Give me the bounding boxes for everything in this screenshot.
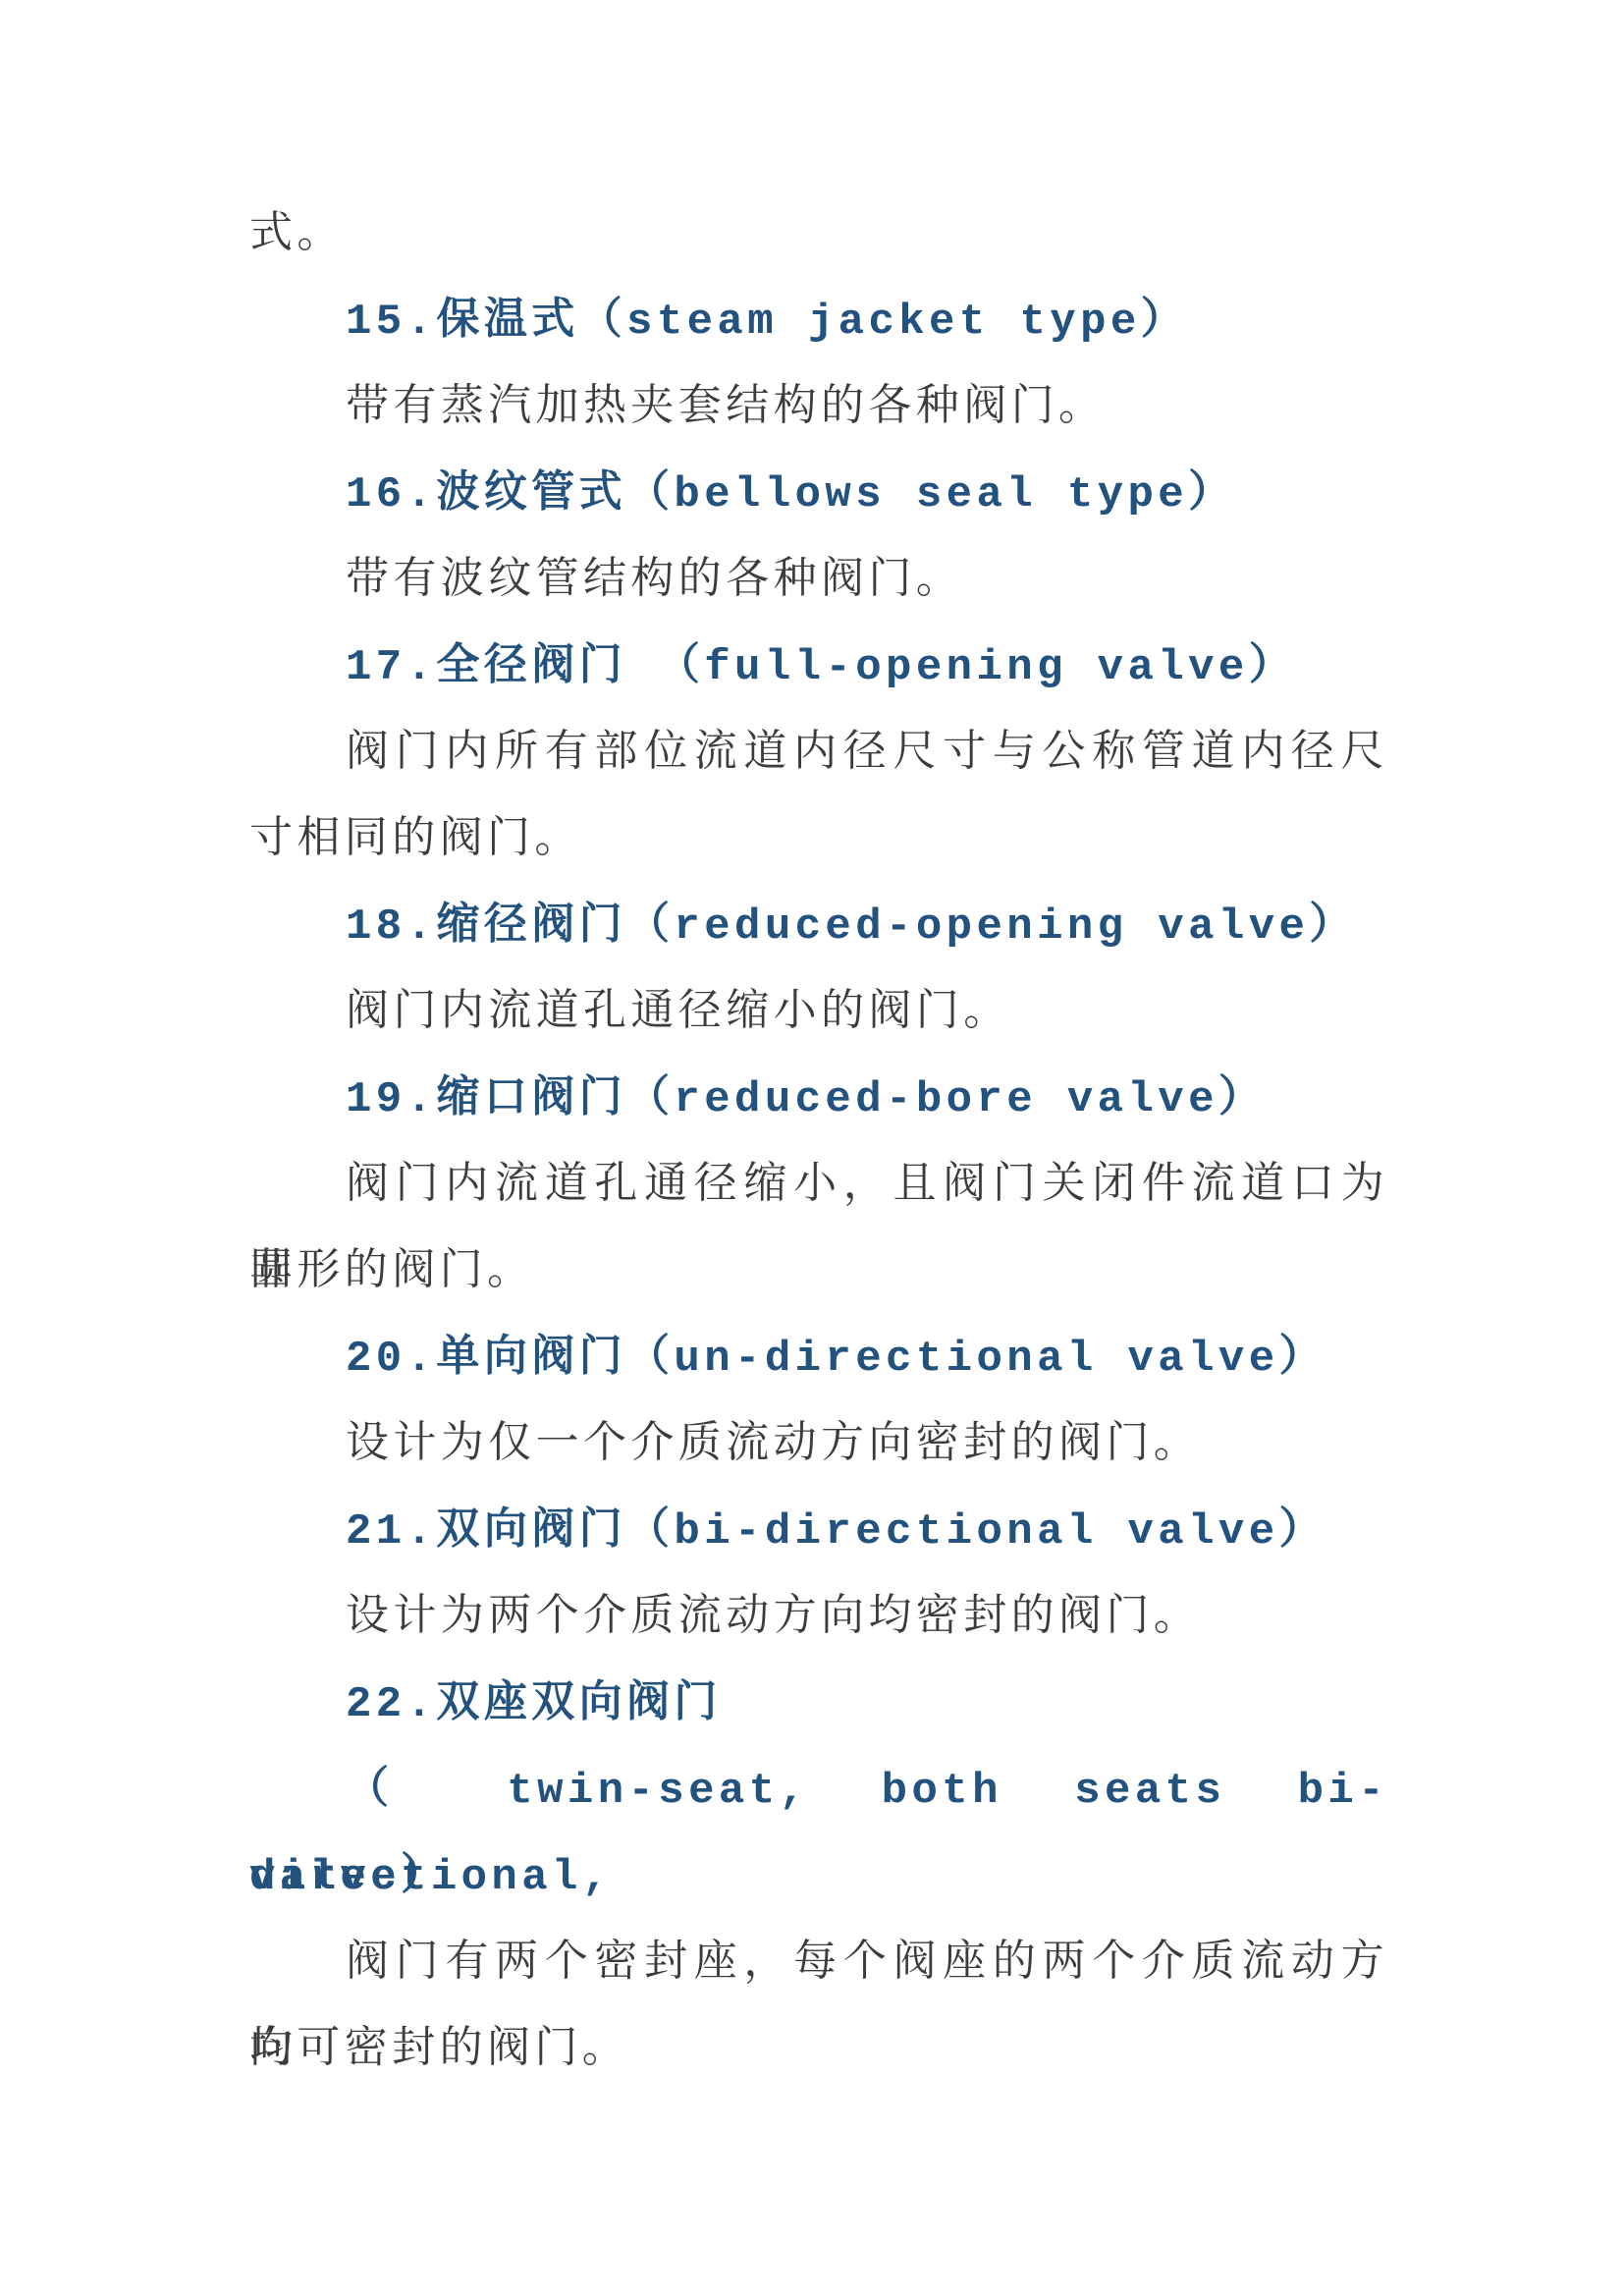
document-page: 式。 15.保温式（steam jacket type） 带有蒸汽加热夹套结构的… <box>0 0 1623 2296</box>
term-definition: 阀门内流道孔通径缩小，且阀门关闭件流道口为非 <box>249 1143 1388 1230</box>
term-definition: 寸相同的阀门。 <box>249 797 1388 884</box>
term-heading-22-english: valve） <box>249 1834 1388 1921</box>
term-heading-19: 19.缩口阀门（reduced-bore valve） <box>249 1057 1388 1143</box>
document-text-block: 式。 15.保温式（steam jacket type） 带有蒸汽加热夹套结构的… <box>249 192 1388 2094</box>
term-heading-22-english: （ twin-seat, both seats bi-directional, <box>249 1748 1388 1834</box>
term-definition: 圆形的阀门。 <box>249 1230 1388 1316</box>
term-definition: 阀门内流道孔通径缩小的阀门。 <box>249 970 1388 1057</box>
term-definition: 设计为两个介质流动方向均密封的阀门。 <box>249 1575 1388 1662</box>
term-definition: 均可密封的阀门。 <box>249 2007 1388 2094</box>
term-heading-17: 17.全径阀门 （full-opening valve） <box>249 625 1388 711</box>
term-definition: 带有波纹管结构的各种阀门。 <box>249 538 1388 625</box>
term-heading-22: 22.双座双向阀门 <box>249 1662 1388 1748</box>
term-heading-18: 18.缩径阀门（reduced-opening valve） <box>249 884 1388 970</box>
term-definition: 阀门有两个密封座，每个阀座的两个介质流动方向 <box>249 1921 1388 2007</box>
term-heading-15: 15.保温式（steam jacket type） <box>249 279 1388 365</box>
document-line: 式。 <box>249 192 1388 279</box>
term-definition: 设计为仅一个介质流动方向密封的阀门。 <box>249 1402 1388 1489</box>
term-heading-20: 20.单向阀门（un-directional valve） <box>249 1316 1388 1402</box>
term-heading-16: 16.波纹管式（bellows seal type） <box>249 452 1388 538</box>
term-definition: 阀门内所有部位流道内径尺寸与公称管道内径尺 <box>249 711 1388 797</box>
term-heading-21: 21.双向阀门（bi-directional valve） <box>249 1489 1388 1575</box>
term-definition: 带有蒸汽加热夹套结构的各种阀门。 <box>249 365 1388 452</box>
